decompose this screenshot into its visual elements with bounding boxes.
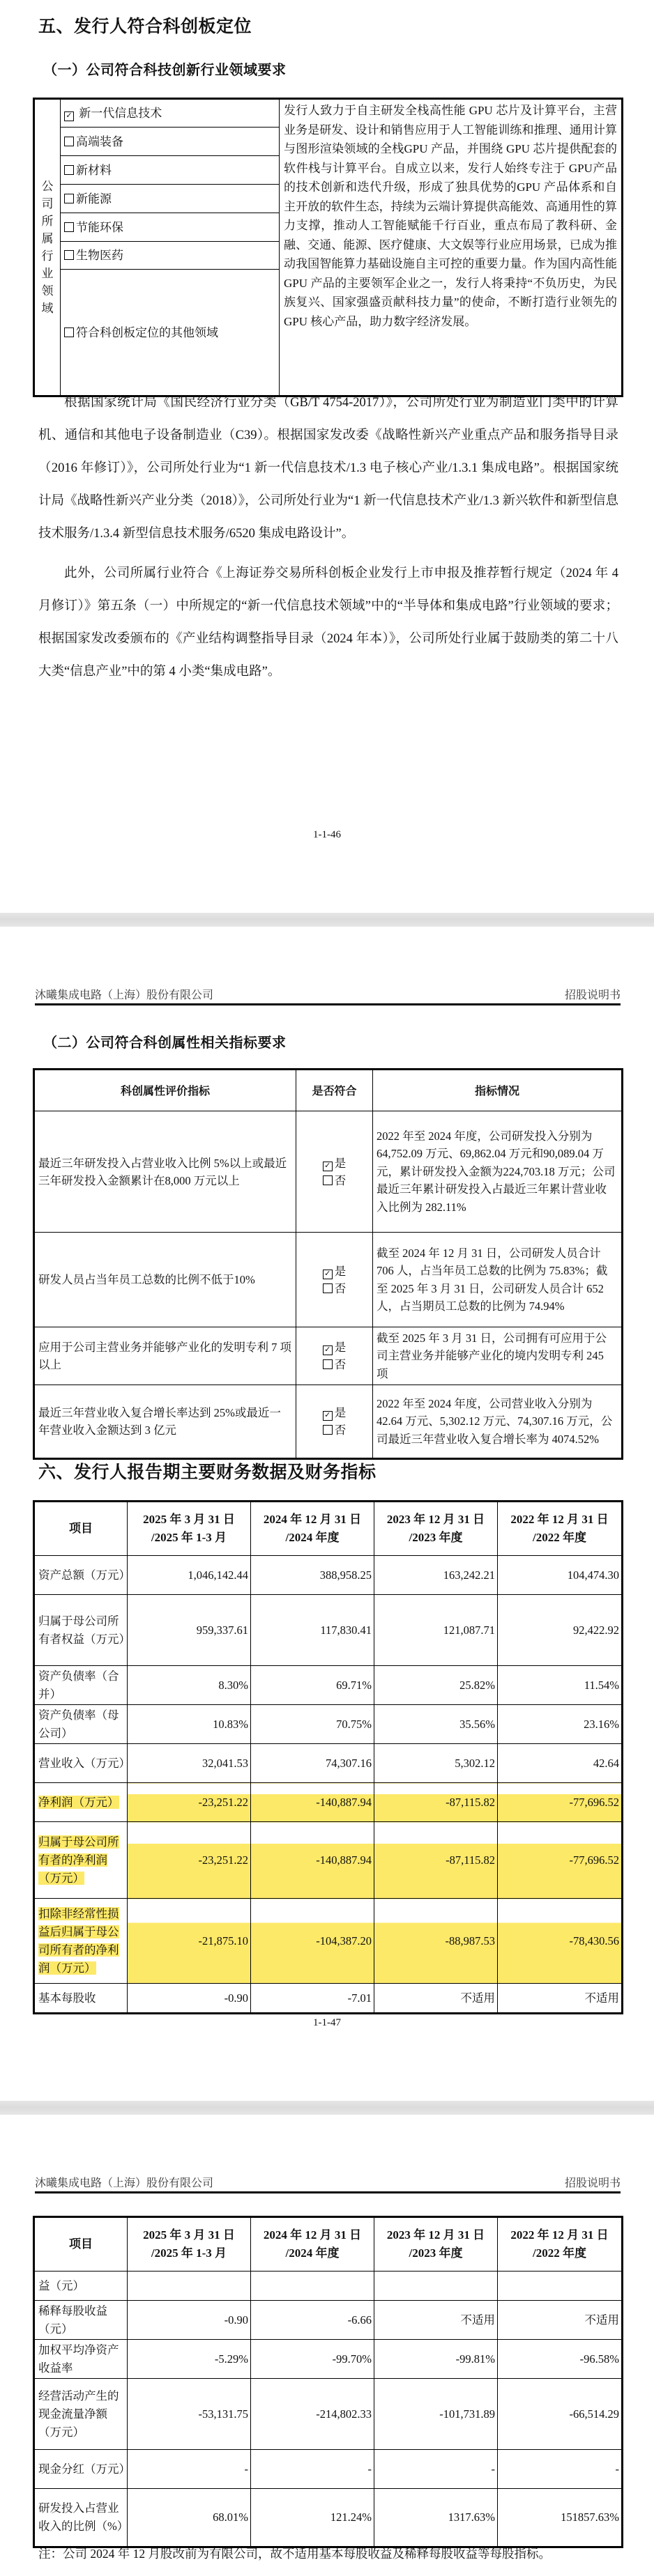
cell-value: -77,696.52: [498, 1783, 623, 1822]
document-type: 招股说明书: [565, 2174, 621, 2190]
page-number: 1-1-46: [0, 829, 654, 841]
checkbox-icon: [64, 222, 74, 232]
industry-option-4: 节能环保: [61, 213, 280, 242]
industry-option-6: 符合科创板定位的其他领域: [61, 270, 280, 396]
cell-value: 不适用: [374, 1984, 498, 2014]
page-header: 沐曦集成电路（上海）股份有限公司 招股说明书: [35, 986, 621, 1002]
cell-value: -214,802.33: [251, 2379, 374, 2450]
row-label: 扣除非经常性损益后归属于母公司所有者的净利润（万元）: [34, 1899, 128, 1984]
cell-value: [374, 2272, 498, 2301]
col-header-compliance: 是否符合: [296, 1070, 373, 1111]
table-row: 归属于母公司所有者权益（万元）959,337.61117,830.41121,0…: [34, 1595, 623, 1666]
checkbox-icon: [64, 165, 74, 175]
cell-value: -: [251, 2450, 374, 2489]
industry-table: 公司所属行业领域 ✓ 新一代信息技术 发行人致力于自主研发全栈高性能 GPU 芯…: [33, 98, 623, 397]
cell-value: 8.30%: [128, 1666, 251, 1705]
criteria-row: 最近三年研发投入占营业收入比例 5%以上或最近三年研发投入金额累计在8,000 …: [34, 1111, 623, 1233]
cell-value: -7.01: [251, 1984, 374, 2014]
cell-value: 42.64: [498, 1744, 623, 1783]
page-number: 1-1-47: [0, 2017, 654, 2029]
cell-value: -0.90: [128, 1984, 251, 2014]
table-row: 营业收入（万元）32,041.5374,307.165,302.1242.64: [34, 1744, 623, 1783]
cell-value: 不适用: [374, 2301, 498, 2340]
row-label: 净利润（万元）: [34, 1783, 128, 1822]
cell-value: -0.90: [128, 2301, 251, 2340]
table-row: 研发投入占营业收入的比例（%）68.01%121.24%1317.63%1518…: [34, 2489, 623, 2547]
row-label: 研发投入占营业收入的比例（%）: [34, 2489, 128, 2547]
cell-value: 163,242.21: [374, 1556, 498, 1595]
financial-table-continued: 项目 2025 年 3 月 31 日/2025 年 1-3 月 2024 年 1…: [33, 2216, 623, 2548]
table-row: 基本每股收-0.90-7.01不适用不适用: [34, 1984, 623, 2014]
cell-value: 32,041.53: [128, 1744, 251, 1783]
checkbox-icon: [64, 250, 74, 260]
row-label: 现金分红（万元）: [34, 2450, 128, 2489]
criteria-row: 最近三年营业收入复合增长率达到 25%或最近一年营业收入金额达到 3 亿元 ✓是…: [34, 1385, 623, 1459]
cell-value: -: [128, 2450, 251, 2489]
cell-value: -21,875.10: [128, 1899, 251, 1984]
industry-option-2: 新材料: [61, 156, 280, 185]
company-name: 沐曦集成电路（上海）股份有限公司: [35, 2177, 213, 2189]
row-label: 资产负债率（母公司）: [34, 1705, 128, 1744]
industry-option-5: 生物医药: [61, 242, 280, 270]
page-separator: [0, 913, 654, 927]
cell-value: -23,251.22: [128, 1822, 251, 1899]
table-row: 加权平均净资产收益率-5.29%-99.70%-99.81%-96.58%: [34, 2340, 623, 2379]
cell-value: 11.54%: [498, 1666, 623, 1705]
col-header-criterion: 科创属性评价指标: [34, 1070, 296, 1111]
cell-value: [498, 2272, 623, 2301]
table-row: 资产总额（万元）1,046,142.44388,958.25163,242.21…: [34, 1556, 623, 1595]
row-label: 归属于母公司所有者权益（万元）: [34, 1595, 128, 1666]
cell-value: 959,337.61: [128, 1595, 251, 1666]
cell-value: 1317.63%: [374, 2489, 498, 2547]
col-header-2023: 2023 年 12 月 31 日/2023 年度: [374, 2217, 498, 2272]
cell-value: -5.29%: [128, 2340, 251, 2379]
cell-value: 23.16%: [498, 1705, 623, 1744]
checkbox-checked-icon: ✓: [323, 1270, 333, 1279]
cell-value: -23,251.22: [128, 1783, 251, 1822]
cell-value: -: [498, 2450, 623, 2489]
checkbox-checked-icon: ✓: [323, 1162, 333, 1171]
cell-value: 35.56%: [374, 1705, 498, 1744]
table-row: 资产负债率（合并）8.30%69.71%25.82%11.54%: [34, 1666, 623, 1705]
table-row: 稀释每股收益（元）-0.90-6.66不适用不适用: [34, 2301, 623, 2340]
industry-row-header: 公司所属行业领域: [34, 99, 61, 396]
checkbox-checked-icon: ✓: [323, 1411, 333, 1421]
cell-value: 68.01%: [128, 2489, 251, 2547]
cell-value: 151857.63%: [498, 2489, 623, 2547]
checkbox-icon: [64, 137, 74, 146]
financial-table-body: 资产总额（万元）1,046,142.44388,958.25163,242.21…: [34, 1556, 623, 2014]
page-header: 沐曦集成电路（上海）股份有限公司 招股说明书: [35, 2174, 621, 2190]
paragraph-2: 此外，公司所属行业符合《上海证券交易所科创板企业发行上市申报及推荐暂行规定（20…: [38, 557, 618, 688]
col-header-detail: 指标情况: [373, 1070, 623, 1111]
checkbox-icon: [64, 194, 74, 203]
document-type: 招股说明书: [565, 986, 621, 1002]
cell-value: [251, 2272, 374, 2301]
criteria-table: 科创属性评价指标 是否符合 指标情况 最近三年研发投入占营业收入比例 5%以上或…: [33, 1068, 623, 1460]
row-label: 基本每股收: [34, 1984, 128, 2014]
col-header-item: 项目: [34, 1502, 128, 1556]
col-header-item: 项目: [34, 2217, 128, 2272]
cell-value: -: [374, 2450, 498, 2489]
col-header-2023: 2023 年 12 月 31 日/2023 年度: [374, 1502, 498, 1556]
checkbox-checked-icon: ✓: [323, 1345, 333, 1355]
cell-value: 70.75%: [251, 1705, 374, 1744]
cell-value: -77,696.52: [498, 1822, 623, 1899]
cell-value: -66,514.29: [498, 2379, 623, 2450]
table-row: 净利润（万元）-23,251.22-140,887.94-87,115.82-7…: [34, 1783, 623, 1822]
cell-value: -53,131.75: [128, 2379, 251, 2450]
cell-value: -96.58%: [498, 2340, 623, 2379]
table-note: 注：公司 2024 年 12 月股改前为有限公司，故不适用基本每股收益及稀释每股…: [38, 2543, 621, 2564]
subsection-title-2: （二）公司符合科创属性相关指标要求: [43, 1031, 287, 1051]
cell-value: -104,387.20: [251, 1899, 374, 1984]
criteria-row: 研发人员占当年员工总数的比例不低于10% ✓是 否 截至 2024 年 12 月…: [34, 1233, 623, 1327]
cell-value: -99.81%: [374, 2340, 498, 2379]
checkbox-icon: [323, 1425, 333, 1435]
checkbox-checked-icon: ✓: [64, 111, 74, 121]
checkbox-icon: [323, 1359, 333, 1369]
col-header-2022: 2022 年 12 月 31 日/2022 年度: [498, 1502, 623, 1556]
company-name: 沐曦集成电路（上海）股份有限公司: [35, 989, 213, 1001]
row-label: 经营活动产生的现金流量净额（万元）: [34, 2379, 128, 2450]
header-rule: [35, 2191, 621, 2193]
col-header-2022: 2022 年 12 月 31 日/2022 年度: [498, 2217, 623, 2272]
row-label: 稀释每股收益（元）: [34, 2301, 128, 2340]
checkbox-icon: [323, 1283, 333, 1293]
financial-table: 项目 2025 年 3 月 31 日/2025 年 1-3 月 2024 年 1…: [33, 1500, 623, 2014]
table-row: 资产负债率（母公司）10.83%70.75%35.56%23.16%: [34, 1705, 623, 1744]
cell-value: 10.83%: [128, 1705, 251, 1744]
cell-value: [128, 2272, 251, 2301]
cell-value: -87,115.82: [374, 1822, 498, 1899]
row-label: 资产总额（万元）: [34, 1556, 128, 1595]
table-row: 现金分红（万元）----: [34, 2450, 623, 2489]
col-header-2025q1: 2025 年 3 月 31 日/2025 年 1-3 月: [128, 2217, 251, 2272]
cell-value: -6.66: [251, 2301, 374, 2340]
row-label: 营业收入（万元）: [34, 1744, 128, 1783]
header-rule: [35, 1003, 621, 1005]
table-row: 经营活动产生的现金流量净额（万元）-53,131.75-214,802.33-1…: [34, 2379, 623, 2450]
industry-option-1: 高端装备: [61, 128, 280, 156]
row-label: 归属于母公司所有者的净利润（万元）: [34, 1822, 128, 1899]
row-label: 加权平均净资产收益率: [34, 2340, 128, 2379]
cell-value: 69.71%: [251, 1666, 374, 1705]
financial-table-body: 益（元）稀释每股收益（元）-0.90-6.66不适用不适用加权平均净资产收益率-…: [34, 2272, 623, 2547]
table-row: 扣除非经常性损益后归属于母公司所有者的净利润（万元）-21,875.10-104…: [34, 1899, 623, 1984]
cell-value: 5,302.12: [374, 1744, 498, 1783]
cell-value: -99.70%: [251, 2340, 374, 2379]
cell-value: 1,046,142.44: [128, 1556, 251, 1595]
cell-value: -87,115.82: [374, 1783, 498, 1822]
cell-value: 不适用: [498, 1984, 623, 2014]
table-row: 归属于母公司所有者的净利润（万元）-23,251.22-140,887.94-8…: [34, 1822, 623, 1899]
table-row: 益（元）: [34, 2272, 623, 2301]
industry-option-0: ✓ 新一代信息技术: [61, 99, 280, 128]
cell-value: -140,887.94: [251, 1783, 374, 1822]
col-header-2024: 2024 年 12 月 31 日/2024 年度: [251, 1502, 374, 1556]
cell-value: 121.24%: [251, 2489, 374, 2547]
cell-value: 104,474.30: [498, 1556, 623, 1595]
col-header-2025q1: 2025 年 3 月 31 日/2025 年 1-3 月: [128, 1502, 251, 1556]
cell-value: 不适用: [498, 2301, 623, 2340]
checkbox-icon: [64, 327, 74, 337]
industry-option-3: 新能源: [61, 185, 280, 213]
cell-value: 92,422.92: [498, 1595, 623, 1666]
row-label: 益（元）: [34, 2272, 128, 2301]
body-paragraphs: 根据国家统计局《国民经济行业分类（GB/T 4754-2017）》，公司所处行业…: [38, 387, 618, 688]
industry-description: 发行人致力于自主研发全栈高性能 GPU 芯片及计算平台，主营业务是研发、设计和销…: [280, 99, 623, 396]
section-title-6: 六、发行人报告期主要财务数据及财务指标: [38, 1458, 377, 1483]
page-separator: [0, 2101, 654, 2115]
cell-value: 25.82%: [374, 1666, 498, 1705]
cell-value: -101,731.89: [374, 2379, 498, 2450]
checkbox-icon: [323, 1175, 333, 1185]
cell-value: 74,307.16: [251, 1744, 374, 1783]
section-title-5: 五、发行人符合科创板定位: [38, 13, 252, 38]
col-header-2024: 2024 年 12 月 31 日/2024 年度: [251, 2217, 374, 2272]
cell-value: -78,430.56: [498, 1899, 623, 1984]
cell-value: -140,887.94: [251, 1822, 374, 1899]
subsection-title-1: （一）公司符合科技创新行业领域要求: [43, 59, 287, 79]
criteria-row: 应用于公司主营业务并能够产业化的发明专利 7 项以上 ✓是 否 截至 2025 …: [34, 1327, 623, 1385]
cell-value: -88,987.53: [374, 1899, 498, 1984]
cell-value: 121,087.71: [374, 1595, 498, 1666]
cell-value: 117,830.41: [251, 1595, 374, 1666]
paragraph-1: 根据国家统计局《国民经济行业分类（GB/T 4754-2017）》，公司所处行业…: [38, 387, 618, 550]
row-label: 资产负债率（合并）: [34, 1666, 128, 1705]
cell-value: 388,958.25: [251, 1556, 374, 1595]
